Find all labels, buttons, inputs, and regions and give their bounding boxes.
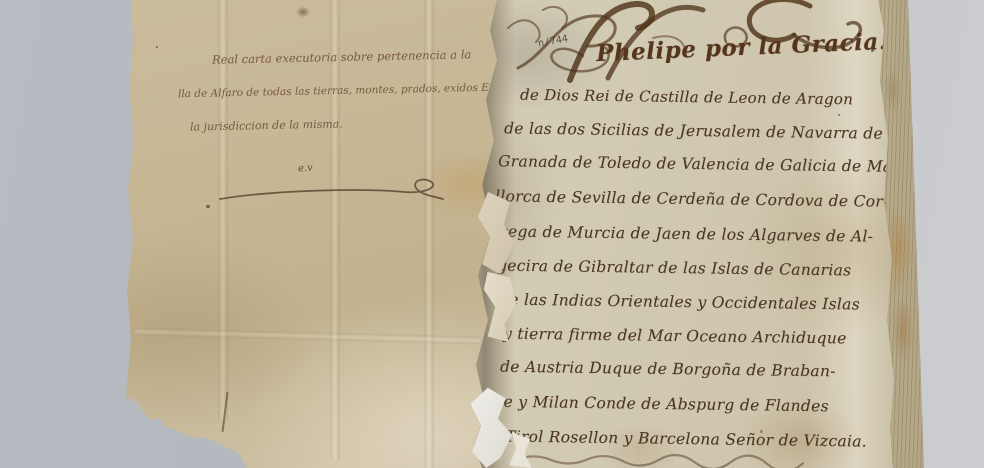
- manuscript-line: de las Indias Orientales y Occidentales …: [499, 290, 860, 313]
- fold-crease: [424, 0, 434, 468]
- manuscript-photo: Phelipe por la Gracia. n/744 de Dios Rei…: [0, 0, 984, 468]
- ink-speck: [206, 205, 210, 208]
- partial-bottom-line: [515, 449, 825, 468]
- manuscript-line: gecira de Gibraltar de las Islas de Cana…: [497, 257, 852, 280]
- archival-annotation-line: la jurisdiccion de la misma.: [190, 117, 343, 133]
- manuscript-line: de las dos Sicilias de Jerusalem de Nava…: [504, 119, 883, 142]
- stain-speck: [760, 430, 763, 433]
- manuscript-line: cega de Murcia de Jaen de los Algarves d…: [499, 222, 873, 245]
- manuscript-line: llorca de Sevilla de Cerdeña de Cordova …: [495, 187, 889, 210]
- ink-speck: [838, 114, 840, 116]
- manuscript-line: Granada de Toledo de Valencia de Galicia…: [498, 152, 898, 176]
- fold-crease: [330, 0, 340, 460]
- rubric-flourish: [215, 175, 450, 220]
- manuscript-line: Tirol Rosellon y Barcelona Señor de Vizc…: [505, 427, 867, 450]
- rubric-initials: e.v: [298, 162, 313, 174]
- manuscript-line: te y Milan Conde de Abspurg de Flandes: [497, 393, 829, 416]
- ink-speck: [871, 49, 874, 52]
- manuscript-line: de Austria Duque de Borgoña de Braban-: [500, 358, 836, 381]
- ink-speck: [156, 46, 158, 48]
- manuscript-line: y tierra firme del Mar Oceano Archiduque: [503, 325, 847, 348]
- manuscript-line: de Dios Rei de Castilla de Leon de Arago…: [520, 86, 853, 109]
